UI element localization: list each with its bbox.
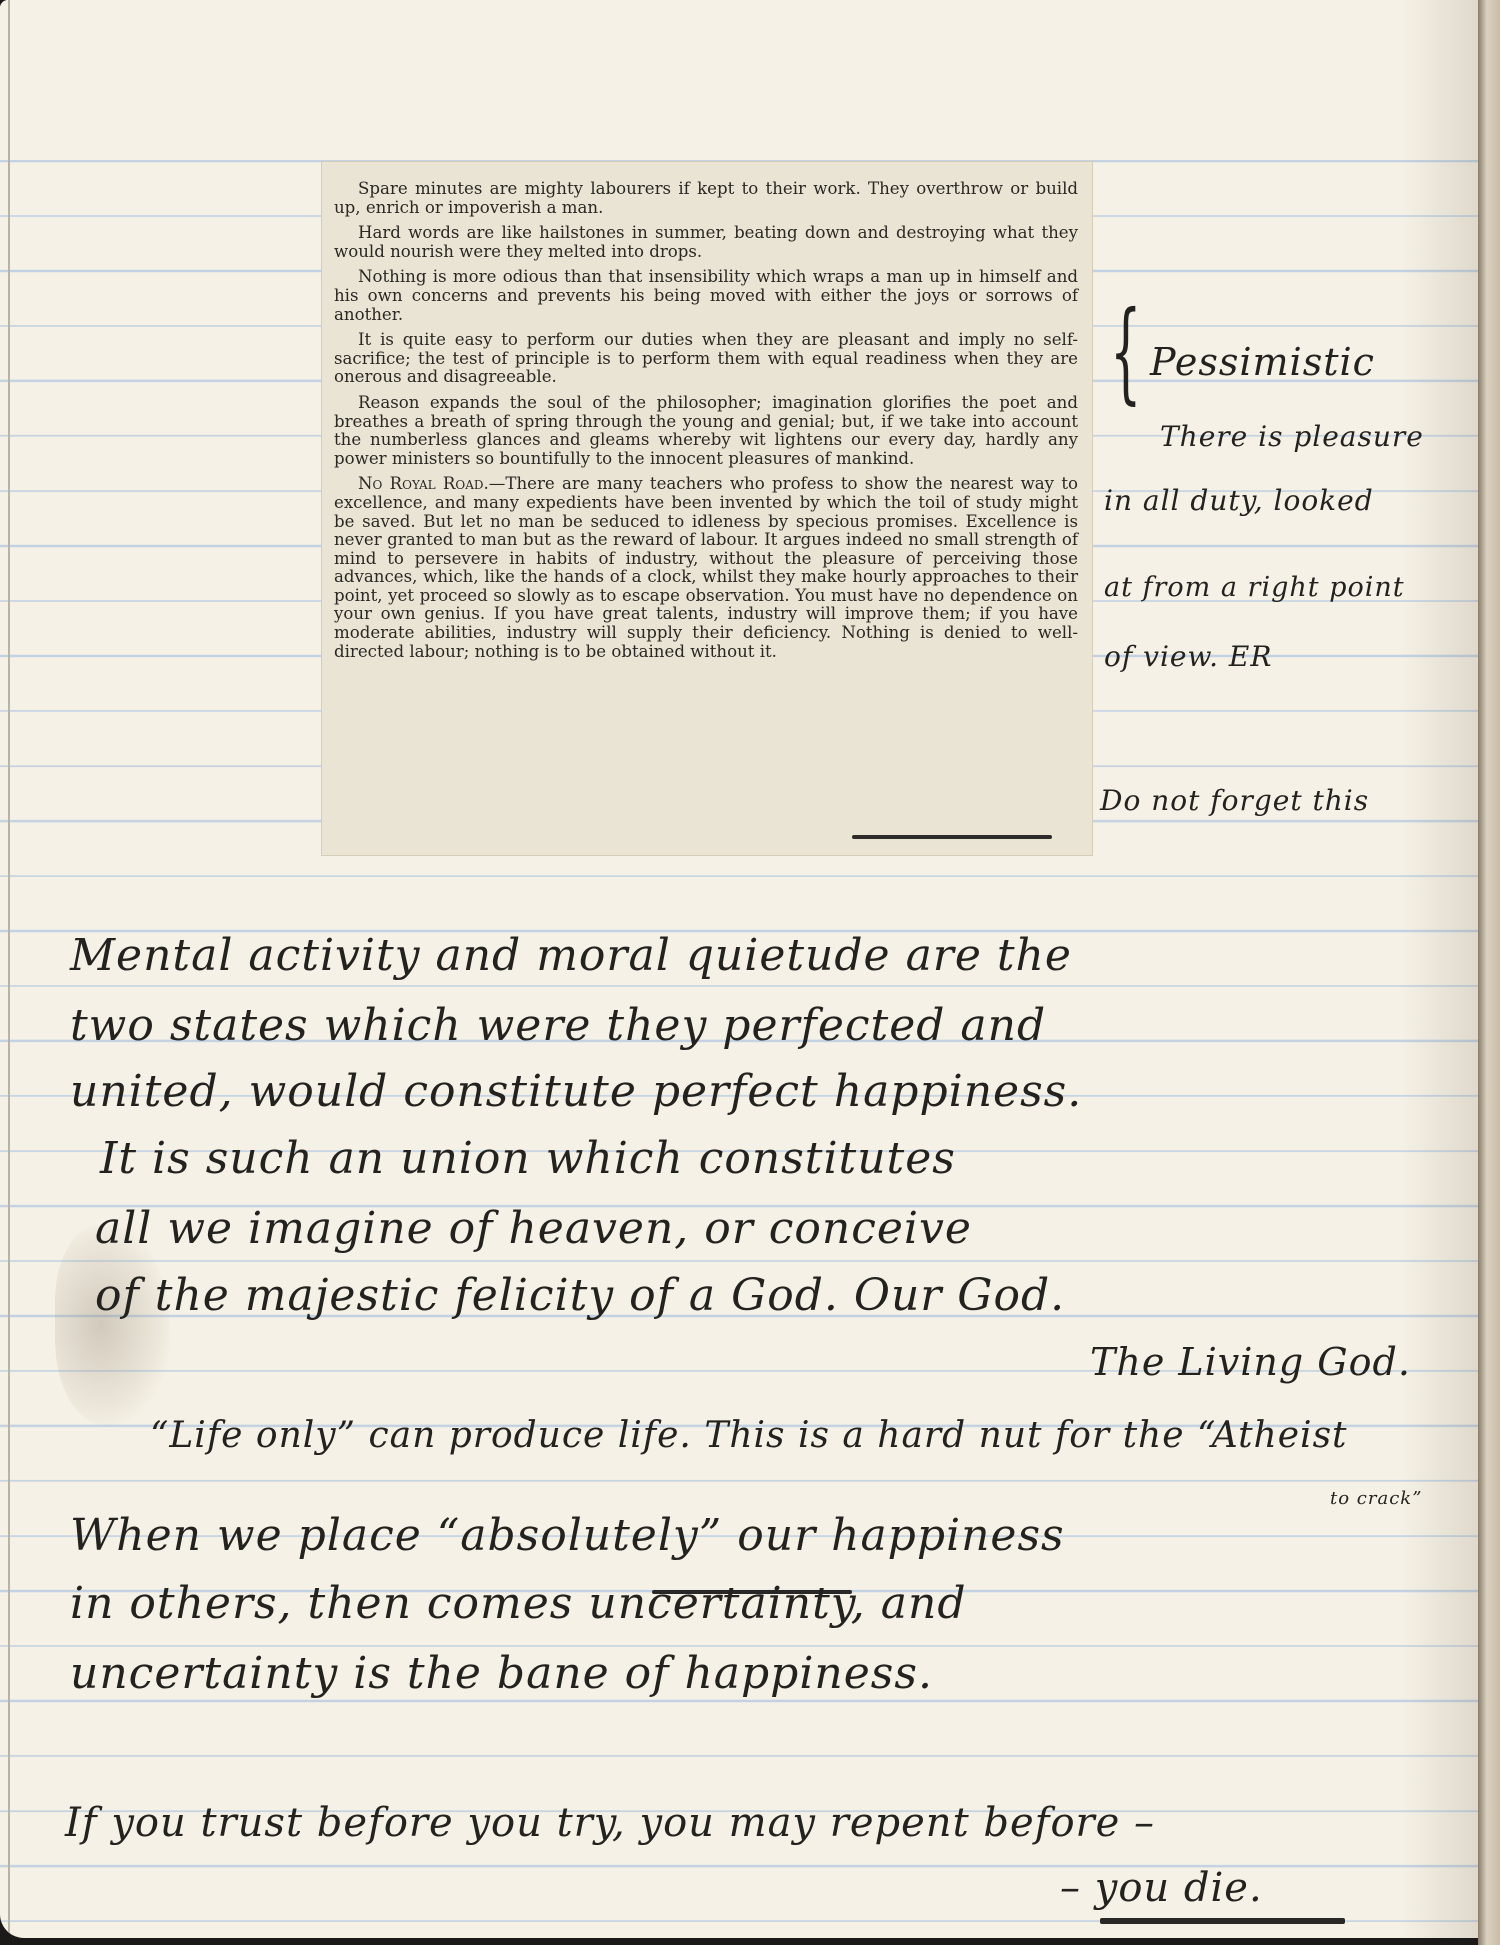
margin-note-line: in all duty, looked	[1104, 484, 1374, 517]
margin-note-line: of view. ER	[1104, 640, 1272, 673]
water-stain	[55, 1225, 170, 1425]
notebook-page: Spare minutes are mighty labourers if ke…	[0, 0, 1478, 1938]
clipping-paragraph: Hard words are like hailstones in summer…	[334, 224, 1078, 261]
clipping-paragraph: Nothing is more odious than that insensi…	[334, 268, 1078, 324]
handwritten-line: two states which were they perfected and	[70, 1000, 1046, 1051]
handwritten-line: united, would constitute perfect happine…	[70, 1066, 1082, 1117]
handwritten-line: in others, then comes uncertainty, and	[70, 1578, 967, 1629]
handwritten-line: The Living God.	[1090, 1340, 1411, 1384]
handwritten-line: uncertainty is the bane of happiness.	[70, 1648, 933, 1699]
handwritten-line: When we place “absolutely” our happiness	[70, 1510, 1065, 1561]
proverb-underline	[1100, 1918, 1345, 1924]
handwritten-line: all we imagine of heaven, or conceive	[95, 1203, 972, 1254]
newspaper-clipping: Spare minutes are mighty labourers if ke…	[322, 162, 1092, 855]
proverb-end: – you die.	[1060, 1865, 1263, 1911]
clipping-paragraph: Reason expands the soul of the philosoph…	[334, 394, 1078, 468]
margin-note-line: at from a right point	[1104, 572, 1405, 603]
handwritten-line: Mental activity and moral quietude are t…	[70, 930, 1072, 981]
margin-rule	[8, 0, 10, 1938]
handwritten-line: It is such an union which constitutes	[100, 1133, 956, 1184]
royal-road-heading: No Royal Road.	[358, 474, 489, 493]
royal-road-text: —There are many teachers who profess to …	[334, 474, 1078, 660]
margin-note-title: Pessimistic	[1150, 340, 1375, 384]
clipping-paragraph: Spare minutes are mighty labourers if ke…	[334, 180, 1078, 217]
ink-underline	[852, 835, 1052, 839]
brace-mark: {	[1110, 296, 1142, 406]
proverb-line: If you trust before you try, you may rep…	[65, 1800, 1155, 1846]
handwritten-line: of the majestic felicity of a God. Our G…	[95, 1270, 1065, 1321]
life-only-line: “Life only” can produce life. This is a …	[150, 1415, 1348, 1456]
margin-note-reminder: Do not forget this	[1100, 784, 1369, 817]
clipping-paragraph: It is quite easy to perform our duties w…	[334, 331, 1078, 387]
clipping-royal-road: No Royal Road.—There are many teachers w…	[334, 475, 1078, 661]
spine-shadow	[1400, 0, 1478, 1938]
notebook-spine	[1478, 0, 1500, 1945]
margin-note-line: There is pleasure	[1160, 420, 1424, 453]
